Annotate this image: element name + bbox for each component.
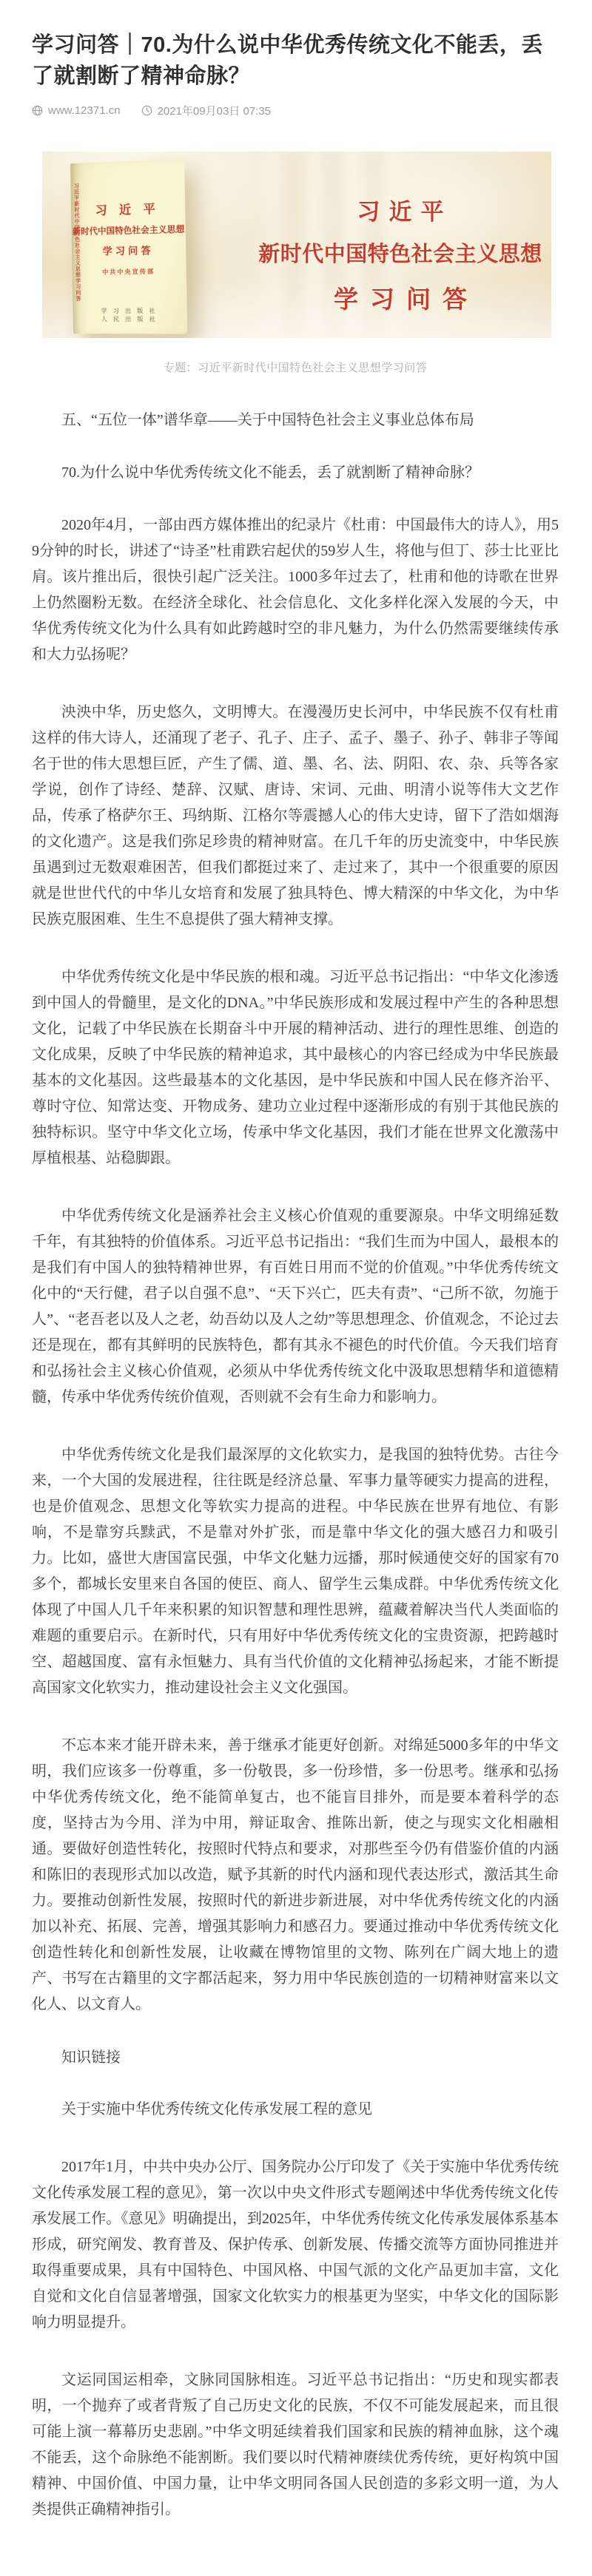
banner-image: 习近平新时代中国特色社会主义思想学习问答 习 近 平 新时代中国特色社会主义思想… <box>42 152 551 338</box>
book-cover-line1: 习 近 平 <box>71 198 186 219</box>
article-paragraph: 中华优秀传统文化是我们最深厚的文化软实力，是我国的独特优势。古往今来，一个大国的… <box>32 1442 559 1701</box>
globe-icon <box>32 105 43 116</box>
datetime-item: 2021年09月03日 07:35 <box>141 103 271 118</box>
banner-title-line1: 习近平 <box>254 193 547 226</box>
knowledge-link-subheading: 关于实施中华优秀传统文化传承发展工程的意见 <box>32 2097 559 2123</box>
article-paragraph: 不忘本来才能开辟未来，善于继承才能更好创新。对绵延5000多年的中华文明，我们应… <box>32 1733 559 2018</box>
article-body: 五、“五位一体”谱华章——关于中国特色社会主义事业总体布局 70.为什么说中华优… <box>32 408 559 2523</box>
knowledge-link-paragraph: 文运同国运相牵，文脉同国脉相连。习近平总书记指出：“历史和现实都表明，一个抛弃了… <box>32 2367 559 2523</box>
book-cover-line3: 学习问答 <box>72 242 186 258</box>
knowledge-link-heading: 知识链接 <box>32 2045 559 2071</box>
clock-icon <box>141 105 152 116</box>
book-cover-line2: 新时代中国特色社会主义思想 <box>71 223 185 237</box>
article-paragraph: 中华优秀传统文化是涵养社会主义核心价值观的重要源泉。中华文明绵延数千年，有其独特… <box>32 1203 559 1410</box>
datetime-text: 2021年09月03日 07:35 <box>158 103 271 118</box>
book-cover-line4: 中共中央宣传部 <box>72 267 186 277</box>
knowledge-link-paragraph: 2017年1月，中共中央办公厅、国务院办公厅印发了《关于实施中华优秀传统文化传承… <box>32 2154 559 2336</box>
article-paragraph: 中华优秀传统文化是中华民族的根和魂。习近平总书记指出：“中华文化渗透到中国人的骨… <box>32 964 559 1172</box>
source-text: www.12371.cn <box>48 104 121 117</box>
article-page: 学习问答｜70.为什么说中华优秀传统文化不能丢，丢了就割断了精神命脉？ www.… <box>0 30 592 2576</box>
section-heading: 五、“五位一体”谱华章——关于中国特色社会主义事业总体布局 <box>32 408 559 433</box>
main-paragraphs: 2020年4月，一部由西方媒体推出的纪录片《杜甫：中国最伟大的诗人》，用59分钟… <box>32 513 559 2018</box>
book-publisher-line1: 学 习 出 版 社 <box>73 307 186 315</box>
article-meta: www.12371.cn 2021年09月03日 07:35 <box>32 103 559 118</box>
book-cover: 习近平新时代中国特色社会主义思想学习问答 习 近 平 新时代中国特色社会主义思想… <box>70 159 187 334</box>
knowledge-link-paragraphs: 2017年1月，中共中央办公厅、国务院办公厅印发了《关于实施中华优秀传统文化传承… <box>32 2154 559 2523</box>
banner-title: 习近平 新时代中国特色社会主义思想 学习问答 <box>254 193 547 315</box>
source-item: www.12371.cn <box>32 104 121 117</box>
book-spine-text: 习近平新时代中国特色社会主义思想学习问答 <box>73 172 82 313</box>
banner-caption: 专题：习近平新时代中国特色社会主义思想学习问答 <box>32 359 559 375</box>
banner-title-line3: 学习问答 <box>254 280 547 315</box>
banner-title-line2: 新时代中国特色社会主义思想 <box>254 237 547 268</box>
book-publisher-line2: 人 民 出 版 社 <box>73 315 187 323</box>
question-heading: 70.为什么说中华优秀传统文化不能丢，丢了就割断了精神命脉？ <box>32 460 559 486</box>
article-paragraph: 泱泱中华，历史悠久，文明博大。在漫漫历史长河中，中华民族不仅有杜甫这样的伟大诗人… <box>32 700 559 933</box>
article-paragraph: 2020年4月，一部由西方媒体推出的纪录片《杜甫：中国最伟大的诗人》，用59分钟… <box>32 513 559 668</box>
book-publisher: 学 习 出 版 社 人 民 出 版 社 <box>73 307 187 324</box>
page-title: 学习问答｜70.为什么说中华优秀传统文化不能丢，丢了就割断了精神命脉？ <box>32 30 559 92</box>
book-title-block: 习 近 平 新时代中国特色社会主义思想 学习问答 中共中央宣传部 <box>71 198 186 277</box>
